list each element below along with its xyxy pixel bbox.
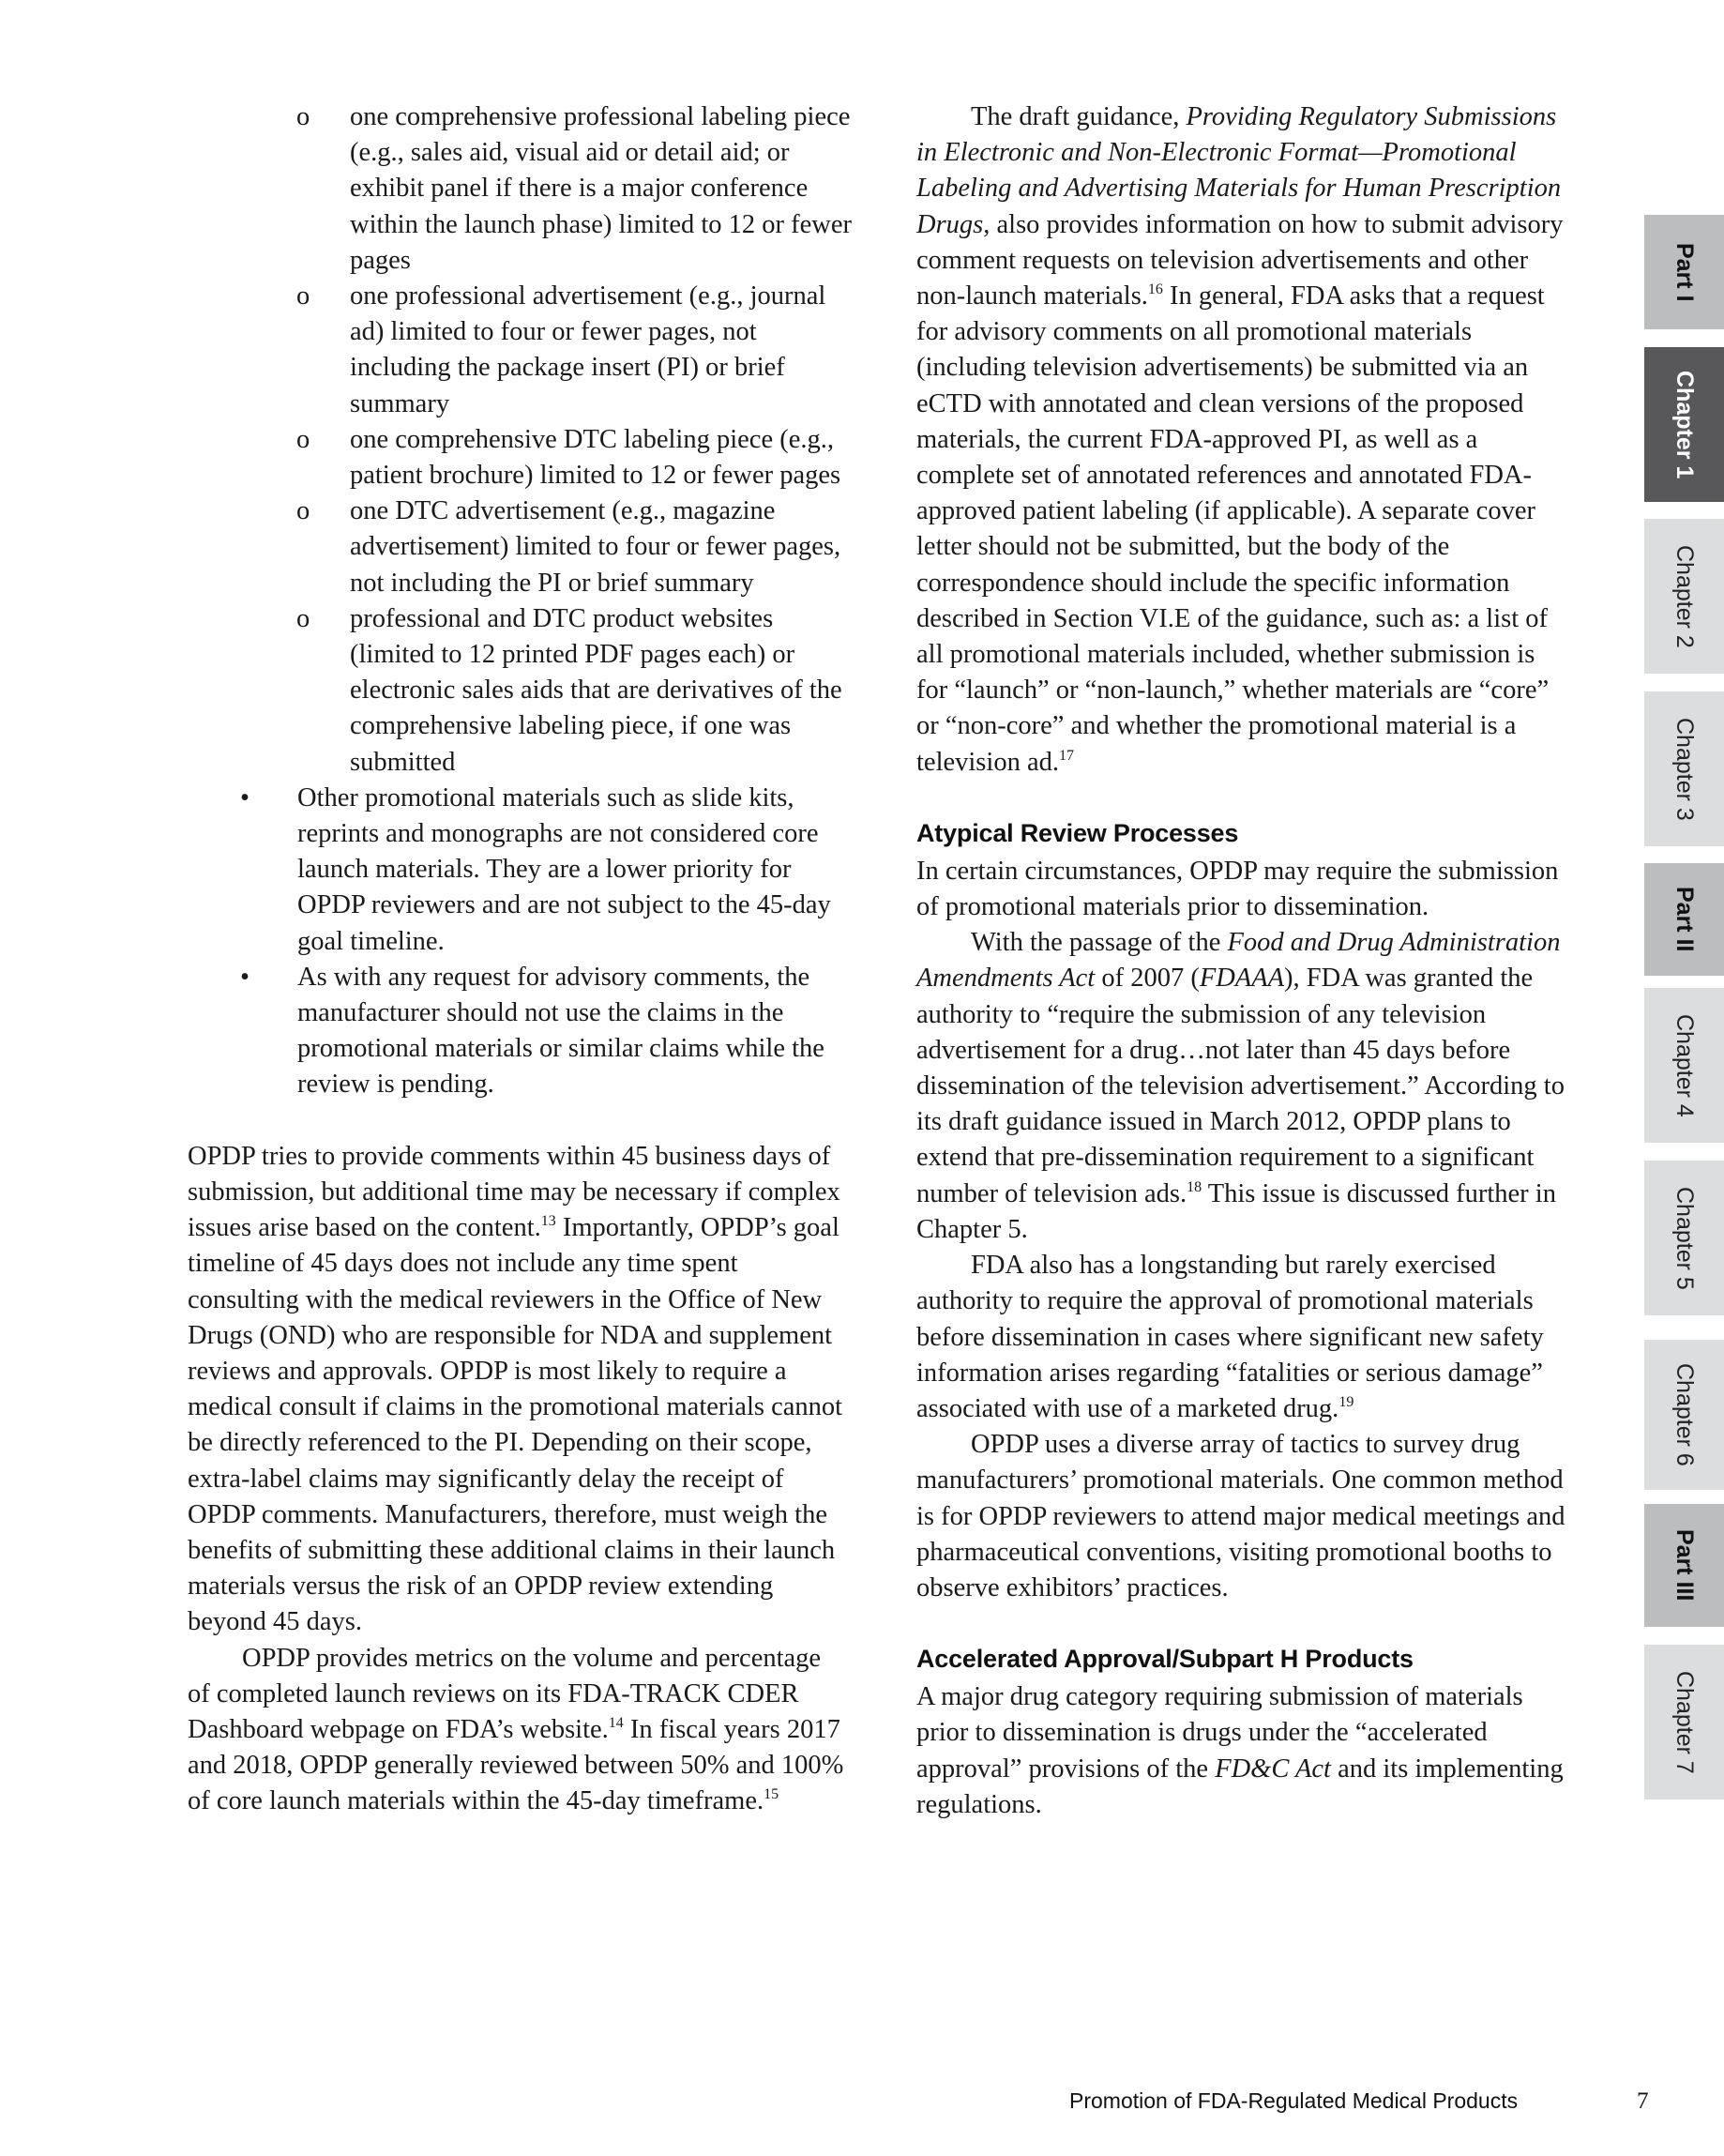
right-column: The draft guidance, Providing Regulatory…: [916, 99, 1568, 1823]
paragraph-text: of 2007 (: [1095, 964, 1200, 993]
tab-label: Chapter 4: [1671, 1014, 1698, 1117]
circle-bullet-icon: o: [296, 99, 310, 135]
tab-part-2[interactable]: Part II: [1644, 863, 1724, 976]
tab-label: Chapter 5: [1671, 1187, 1698, 1290]
tab-chapter-6[interactable]: Chapter 6: [1644, 1340, 1724, 1490]
sub-list-item: o one comprehensive DTC labeling piece (…: [188, 422, 856, 493]
footnote-ref[interactable]: 19: [1338, 1394, 1353, 1410]
paragraph-text: The draft guidance,: [971, 102, 1186, 131]
paragraph: With the passage of the Food and Drug Ad…: [916, 925, 1568, 1248]
sub-list-item-text: one professional advertisement (e.g., jo…: [350, 281, 825, 418]
footnote-ref[interactable]: 13: [541, 1213, 556, 1229]
bullet-list-item-text: As with any request for advisory comment…: [297, 963, 824, 1100]
sub-list-item: o one comprehensive professional labelin…: [188, 99, 856, 279]
paragraph: A major drug category requiring submissi…: [916, 1679, 1568, 1823]
sub-list-item: o one professional advertisement (e.g., …: [188, 279, 856, 422]
tab-label: Part III: [1671, 1529, 1698, 1601]
bullet-icon: •: [240, 960, 250, 995]
paragraph: OPDP provides metrics on the volume and …: [188, 1641, 844, 1820]
tab-chapter-3[interactable]: Chapter 3: [1644, 691, 1724, 846]
paragraph-text: ), FDA was granted the authority to “req…: [916, 964, 1565, 1207]
tab-chapter-5[interactable]: Chapter 5: [1644, 1161, 1724, 1315]
sub-list-item-text: one comprehensive DTC labeling piece (e.…: [350, 425, 840, 490]
tab-label: Part I: [1671, 243, 1698, 302]
paragraph-text: In general, FDA asks that a request for …: [916, 281, 1549, 777]
tab-label: Chapter 1: [1671, 371, 1698, 478]
spacer: [188, 1103, 844, 1139]
sub-list-item-text: professional and DTC product websites (l…: [350, 604, 842, 777]
tab-label: Chapter 3: [1671, 718, 1698, 821]
tab-part-1[interactable]: Part I: [1644, 215, 1724, 329]
circle-bullet-icon: o: [296, 493, 310, 529]
paragraph-text: With the passage of the: [971, 928, 1227, 957]
footer-title: Promotion of FDA-Regulated Medical Produ…: [1069, 2088, 1518, 2114]
tab-chapter-4[interactable]: Chapter 4: [1644, 988, 1724, 1143]
section-heading: Accelerated Approval/Subpart H Products: [916, 1642, 1568, 1676]
tab-chapter-2[interactable]: Chapter 2: [1644, 519, 1724, 674]
circle-bullet-icon: o: [296, 601, 310, 637]
sub-list-item: o one DTC advertisement (e.g., magazine …: [188, 493, 856, 601]
spacer: [916, 1606, 1568, 1642]
bullet-list-item-text: Other promotional materials such as slid…: [297, 783, 831, 956]
act-title: FD&C Act: [1215, 1754, 1331, 1784]
page-number: 7: [1637, 2088, 1649, 2115]
circle-bullet-icon: o: [296, 279, 310, 314]
paragraph-text: FDA also has a longstanding but rarely e…: [916, 1251, 1544, 1423]
bullet-list-item: • Other promotional materials such as sl…: [188, 781, 855, 960]
paragraph: The draft guidance, Providing Regulatory…: [916, 99, 1568, 781]
footnote-ref[interactable]: 14: [609, 1715, 624, 1731]
tab-label: Part II: [1671, 887, 1698, 951]
tab-label: Chapter 7: [1671, 1671, 1698, 1774]
paragraph: OPDP tries to provide comments within 45…: [188, 1139, 844, 1641]
section-heading: Atypical Review Processes: [916, 816, 1568, 850]
tab-label: Chapter 6: [1671, 1363, 1698, 1466]
tab-part-3[interactable]: Part III: [1644, 1504, 1724, 1627]
bullet-list-item: • As with any request for advisory comme…: [188, 960, 855, 1103]
paragraph: FDA also has a longstanding but rarely e…: [916, 1248, 1568, 1427]
circle-bullet-icon: o: [296, 422, 310, 458]
tab-chapter-1[interactable]: Chapter 1: [1644, 347, 1724, 502]
bullet-icon: •: [240, 781, 250, 816]
spacer: [916, 781, 1568, 816]
chapter-tabs: Part I Chapter 1 Chapter 2 Chapter 3 Par…: [1644, 0, 1724, 2156]
paragraph-text: Importantly, OPDP’s goal timeline of 45 …: [188, 1213, 842, 1636]
footnote-ref[interactable]: 17: [1059, 748, 1074, 764]
footnote-ref[interactable]: 18: [1187, 1179, 1202, 1195]
act-abbrev: FDAAA: [1200, 964, 1284, 993]
paragraph: OPDP uses a diverse array of tactics to …: [916, 1427, 1568, 1606]
sub-list-item-text: one comprehensive professional labeling …: [350, 102, 852, 275]
sub-list-item: o professional and DTC product websites …: [188, 601, 856, 781]
footnote-ref[interactable]: 15: [764, 1786, 779, 1802]
tab-label: Chapter 2: [1671, 545, 1698, 648]
left-column: o one comprehensive professional labelin…: [188, 99, 844, 1820]
paragraph: In certain circumstances, OPDP may requi…: [916, 854, 1568, 925]
footnote-ref[interactable]: 16: [1148, 281, 1163, 297]
tab-chapter-7[interactable]: Chapter 7: [1644, 1645, 1724, 1799]
sub-list-item-text: one DTC advertisement (e.g., magazine ad…: [350, 496, 840, 597]
